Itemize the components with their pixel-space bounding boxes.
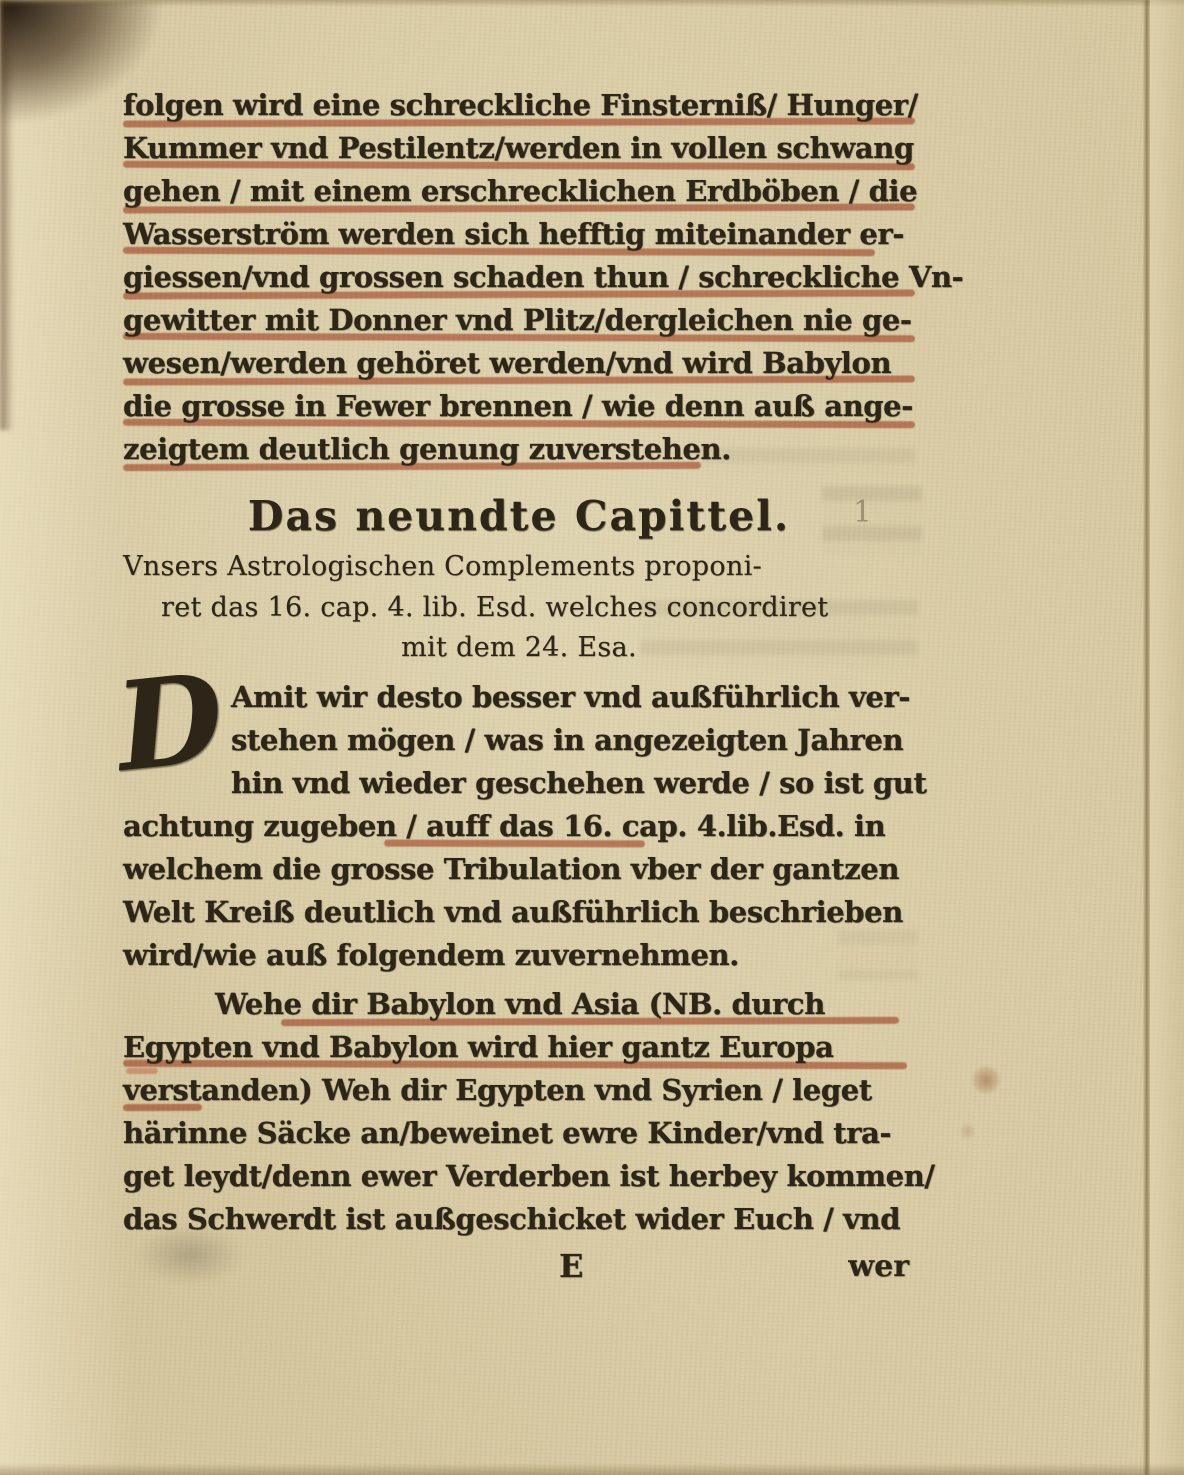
text-line: wird/wie auß folgendem zuvernehmen. (123, 934, 915, 977)
chapter-subtitle-line: mit dem 24. Esa. (123, 628, 915, 668)
text-line: Wasserström werden sich hefftig miteinan… (123, 213, 915, 256)
text-line: Welt Kreiß deutlich vnd außführlich besc… (123, 891, 915, 934)
text-line: härinne Säcke an/beweinet ewre Kinder/vn… (123, 1112, 915, 1155)
text-line-content: achtung zugeben / auff das 16. cap. 4.li… (123, 809, 885, 843)
text-line-content: gewitter mit Donner vnd Plitz/dergleiche… (123, 303, 912, 337)
text-line: stehen mögen / was in angezeigten Jahren (123, 719, 915, 762)
text-line: die grosse in Fewer brennen / wie denn a… (123, 385, 915, 428)
text-line: verstanden) Weh dir Egypten vnd Syrien /… (123, 1069, 915, 1112)
text-line: folgen wird eine schreckliche Finsterniß… (123, 84, 915, 127)
text-line-content: hin vnd wieder geschehen werde / so ist … (231, 766, 926, 800)
signature-mark: E (559, 1247, 583, 1285)
text-line-content: Amit wir desto besser vnd außführlich ve… (231, 680, 910, 714)
text-line-content: verstanden) Weh dir Egypten vnd Syrien /… (123, 1073, 872, 1107)
text-line: gewitter mit Donner vnd Plitz/dergleiche… (123, 299, 915, 342)
catchword: wer (848, 1249, 909, 1284)
page-bottom-edge (0, 1463, 1184, 1475)
page-top-edge (0, 0, 1184, 7)
binding-edge-shadow (0, 0, 14, 430)
paragraph: D Amit wir desto besser vnd außführlich … (123, 676, 915, 1241)
text-line: Amit wir desto besser vnd außführlich ve… (123, 676, 915, 719)
text-line: giessen/vnd grossen schaden thun / schre… (123, 256, 915, 299)
page-scan: 1 folgen wird eine schreckliche Finstern… (0, 0, 1184, 1475)
chapter-subtitle-line: Vnsers Astrologischen Complements propon… (123, 546, 915, 587)
chapter-subtitle-line: ret das 16. cap. 4. lib. Esd. welches co… (123, 587, 915, 628)
text-line-content: giessen/vnd grossen schaden thun / schre… (123, 260, 963, 294)
text-line: wesen/werden gehöret werden/vnd wird Bab… (123, 342, 915, 385)
paper-stain (960, 1124, 975, 1139)
text-line-content: Welt Kreiß deutlich vnd außführlich besc… (123, 895, 903, 929)
paper-stain (972, 1066, 1000, 1094)
text-line-content: folgen wird eine schreckliche Finsterniß… (123, 88, 918, 122)
text-line-content: Wehe dir Babylon vnd Asia (NB. durch (215, 987, 825, 1021)
text-line-content: wesen/werden gehöret werden/vnd wird Bab… (123, 346, 891, 380)
text-line: gehen / mit einem erschrecklichen Erdböb… (123, 170, 915, 213)
text-line: Wehe dir Babylon vnd Asia (NB. durch (123, 983, 915, 1026)
footer-row: E wer (123, 1247, 915, 1289)
text-line-content: das Schwerdt ist außgeschicket wider Euc… (123, 1202, 900, 1236)
text-line-content: die grosse in Fewer brennen / wie denn a… (123, 389, 913, 423)
text-line: get leydt/denn ewer Verderben ist herbey… (123, 1155, 915, 1198)
drop-cap-initial: D (112, 663, 229, 783)
text-line: achtung zugeben / auff das 16. cap. 4.li… (123, 805, 915, 848)
text-line-content: zeigtem deutlich genung zuverstehen. (123, 432, 731, 466)
text-line-content: Egypten vnd Babylon wird hier gantz Euro… (123, 1030, 834, 1064)
text-line-content: Wasserström werden sich hefftig miteinan… (123, 217, 904, 251)
page-edge-margin (1150, 0, 1184, 1475)
text-line-content: welchem die grosse Tribulation vber der … (123, 852, 899, 886)
text-line: welchem die grosse Tribulation vber der … (123, 848, 915, 891)
chapter-heading: Das neundte Capittel. (123, 486, 915, 546)
text-line-content: get leydt/denn ewer Verderben ist herbey… (123, 1159, 935, 1193)
text-line-content: härinne Säcke an/beweinet ewre Kinder/vn… (123, 1116, 891, 1150)
text-line: hin vnd wieder geschehen werde / so ist … (123, 762, 915, 805)
text-line: zeigtem deutlich genung zuverstehen. (123, 428, 915, 471)
text-line-content: stehen mögen / was in angezeigten Jahren (231, 723, 903, 757)
page-edge-line (1143, 0, 1150, 1475)
text-line-content: wird/wie auß folgendem zuvernehmen. (123, 938, 739, 972)
text-line: Kummer vnd Pestilentz/werden in vollen s… (123, 127, 915, 170)
text-line-content: gehen / mit einem erschrecklichen Erdböb… (123, 174, 917, 208)
gutter-highlight (0, 0, 132, 1475)
text-line: Egypten vnd Babylon wird hier gantz Euro… (123, 1026, 915, 1069)
text-line: das Schwerdt ist außgeschicket wider Euc… (123, 1198, 915, 1241)
text-line-content: Kummer vnd Pestilentz/werden in vollen s… (123, 131, 914, 165)
text-block: folgen wird eine schreckliche Finsterniß… (123, 84, 915, 1289)
